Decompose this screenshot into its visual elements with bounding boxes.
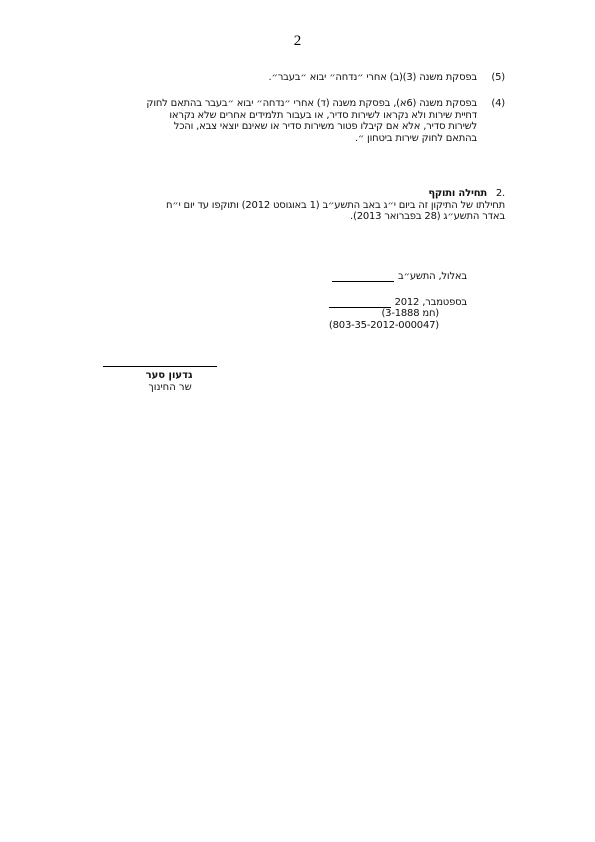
item-number: (5) [477,72,505,84]
gregorian-date: בספטמבר, 2012 [395,297,467,309]
hebrew-date-line: באלול, התשע״ב [247,270,467,282]
item-4: (4) בפסקת משנה (6א), בפסקת משנה (ד) אחרי… [85,98,505,144]
section-body: תחילתו של התיקון זה ביום י״ג באב התשע״ב … [85,200,505,223]
item-text: בפסקת משנה (3)(ב) אחרי ״נדחה״ יבוא ״בעבר… [165,72,477,84]
reference-number-2: (803-35-2012-000047) [247,320,467,332]
item-5: (5) בפסקת משנה (3)(ב) אחרי ״נדחה״ יבוא ״… [165,72,505,84]
gregorian-date-line: בספטמבר, 2012 [247,296,467,308]
item-line: דחיית שירות ולא נקראו לשירות סדיר, או בע… [85,110,477,122]
date-block: באלול, התשע״ב בספטמבר, 2012 (חמ 3-1888) … [247,270,467,331]
signatory-name: גדעון סער [103,370,217,382]
section-line: באדר התשע״ג (28 בפברואר 2013). [85,211,505,223]
signature-line [103,366,217,367]
section-2: 2. תחילה ותוקף תחילתו של התיקון זה ביום … [85,188,505,223]
page-number: 2 [0,33,595,50]
item-text: בפסקת משנה (6א), בפסקת משנה (ד) אחרי ״נד… [85,98,477,144]
date-blank-line [332,271,394,282]
item-number: (4) [477,98,505,144]
item-line: לשירות סדיר, אלא אם קיבלו פטור משירות סד… [85,121,477,133]
item-line: בהתאם לחוק שירות ביטחון ״. [85,133,477,145]
item-line: בפסקת משנה (6א), בפסקת משנה (ד) אחרי ״נד… [85,98,477,110]
reference-number-1: (חמ 3-1888) [247,308,467,320]
section-number: 2. [487,188,505,200]
signatory-title: שר החינוך [103,382,217,394]
date-blank-line [329,297,391,308]
section-title: תחילה ותוקף [428,188,487,200]
signature-block: גדעון סער שר החינוך [103,366,217,394]
section-line: תחילתו של התיקון זה ביום י״ג באב התשע״ב … [85,200,505,212]
hebrew-date: באלול, התשע״ב [398,271,467,283]
